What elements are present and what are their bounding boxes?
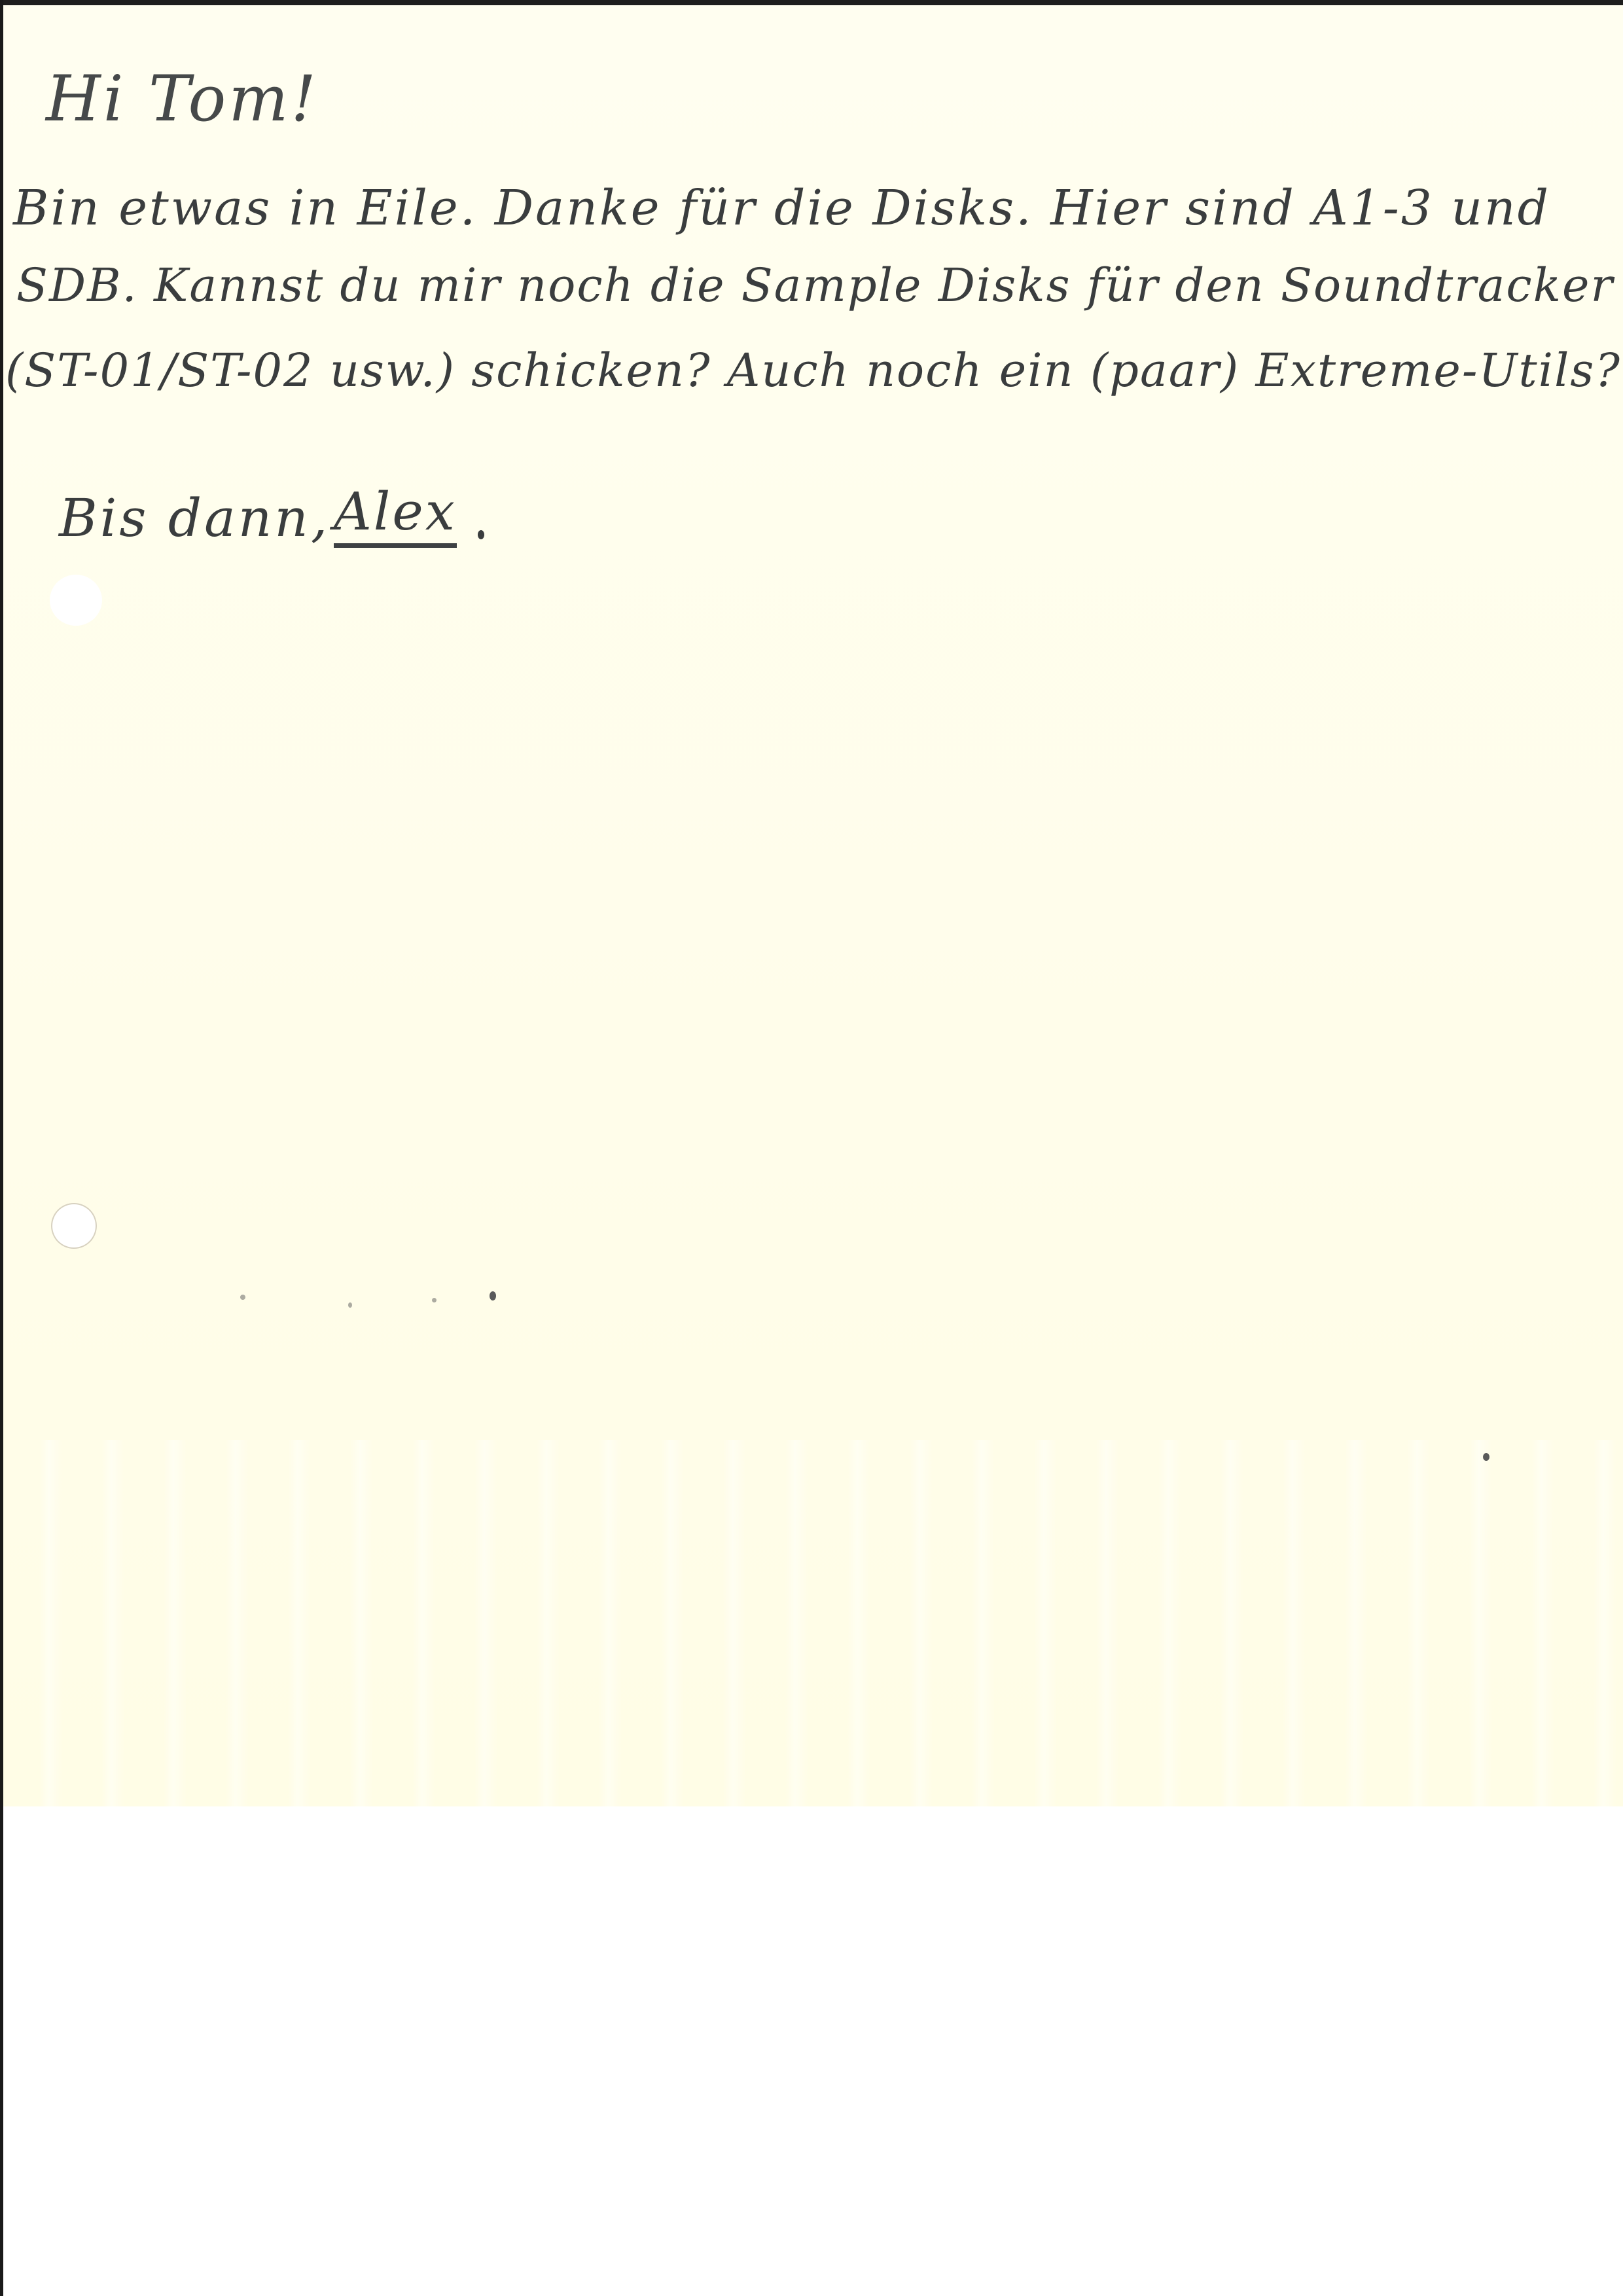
- letter-signature: Alex: [334, 481, 457, 548]
- ink-speck: [432, 1298, 437, 1302]
- letter-body-line-1: Bin etwas in Eile. Danke für die Disks. …: [13, 180, 1550, 236]
- punch-hole-bottom: [51, 1203, 97, 1249]
- scan-left-edge: [0, 0, 3, 2296]
- letter-body-line-3: (ST-01/ST-02 usw.) schicken? Auch noch e…: [5, 344, 1621, 397]
- signature-period: [478, 530, 484, 539]
- ink-speck: [240, 1295, 245, 1300]
- letter-closing: Bis dann,: [59, 488, 330, 548]
- letter-greeting: Hi Tom!: [46, 62, 319, 135]
- letter-body-line-2: SDB. Kannst du mir noch die Sample Disks…: [16, 259, 1614, 312]
- scan-top-edge: [0, 0, 1623, 5]
- scan-streaks: [0, 1440, 1623, 1806]
- punch-hole-top: [50, 575, 102, 626]
- ink-speck: [1483, 1453, 1489, 1461]
- ink-speck: [348, 1302, 352, 1308]
- ink-speck: [490, 1291, 496, 1300]
